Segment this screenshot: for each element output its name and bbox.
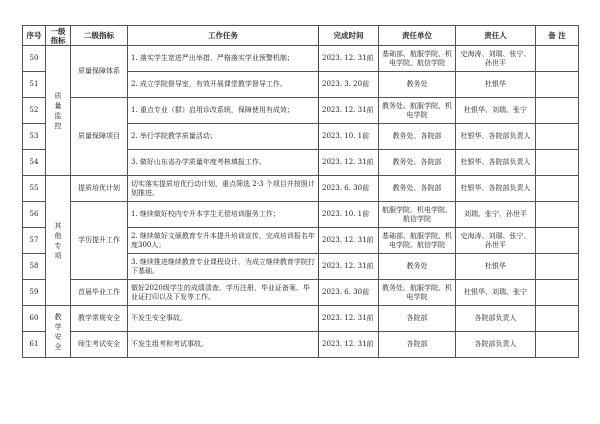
deadline-cell: 2023. 6. 30前 <box>319 280 379 306</box>
unit-cell: 教务处 <box>379 72 456 98</box>
level1-label: 教学安全 <box>54 312 62 352</box>
table-row: 52 质量保障项目 1. 重点专业（群）启用诊改系统，保障使用有成效； 2023… <box>23 98 579 124</box>
task-cell: 2. 成立学院督导室，有效开展课堂教学督导工作。 <box>128 72 319 98</box>
unit-cell: 基础部、航服学院、机电学院、航信学院 <box>379 46 456 72</box>
task-cell: 1. 继续做好校内专升本学生无偿培训服务工作； <box>128 202 319 228</box>
person-cell: 刘瑞、张宁、孙世平 <box>456 202 536 228</box>
work-plan-table: 序号 一级指标 二级指标 工作任务 完成时间 责任单位 责任人 备 注 50 质… <box>22 25 579 358</box>
person-cell: 杜银华、各院部负责人 <box>456 124 536 150</box>
level1-cell: 教学安全 <box>46 306 71 358</box>
task-cell: 3. 继续推进继续教育专业课程设计，为成立继续教育学院打下基础。 <box>128 254 319 280</box>
task-cell: 1. 落实学生宽进严出举措，严格落实学业预警机制； <box>128 46 319 72</box>
header-person: 责任人 <box>456 26 536 46</box>
unit-cell: 各院部 <box>379 332 456 358</box>
person-cell: 杜银华、各院部负责人 <box>456 176 536 202</box>
level2-cell: 提质培优计划 <box>71 176 128 202</box>
unit-cell: 教务处、各院部 <box>379 124 456 150</box>
seq-cell: 61 <box>23 332 46 358</box>
person-cell: 杜银华、各院部负责人 <box>456 150 536 176</box>
table-row: 61 师生考试安全 不发生组考和考试事故。 2023. 12. 31前 各院部 … <box>23 332 579 358</box>
person-cell: 各院部负责人 <box>456 306 536 332</box>
table-row: 59 首届毕业工作 做好2020级学生的成绩清查、学历注册、毕业证备案、毕业证打… <box>23 280 579 306</box>
unit-cell: 教务处、各院部 <box>379 176 456 202</box>
deadline-cell: 2023. 12. 31前 <box>319 228 379 254</box>
level2-cell: 质量保障体系 <box>71 46 128 98</box>
deadline-cell: 2023. 6. 30前 <box>319 176 379 202</box>
deadline-cell: 2023. 12. 31前 <box>319 332 379 358</box>
task-cell: 做好2020级学生的成绩清查、学历注册、毕业证备案、毕业证打印以及下发等工作。 <box>128 280 319 306</box>
deadline-cell: 2023. 10. 1前 <box>319 124 379 150</box>
unit-cell: 教务处、各院部 <box>379 150 456 176</box>
remark-cell <box>536 280 579 306</box>
person-cell: 杜银华 <box>456 72 536 98</box>
person-cell: 杜银华 <box>456 254 536 280</box>
table-row: 55 其他专项 提质培优计划 切实落实提质培优行动计划，重点筛选 2-3 个项目… <box>23 176 579 202</box>
header-task: 工作任务 <box>128 26 319 46</box>
table-row: 56 学历提升工作 1. 继续做好校内专升本学生无偿培训服务工作； 2023. … <box>23 202 579 228</box>
remark-cell <box>536 46 579 72</box>
deadline-cell: 2023. 12. 31前 <box>319 306 379 332</box>
task-cell: 不发生组考和考试事故。 <box>128 332 319 358</box>
seq-cell: 55 <box>23 176 46 202</box>
seq-cell: 56 <box>23 202 46 228</box>
deadline-cell: 2023. 10. 1前 <box>319 202 379 228</box>
header-remark: 备 注 <box>536 26 579 46</box>
header-level2: 二级指标 <box>71 26 128 46</box>
remark-cell <box>536 124 579 150</box>
seq-cell: 59 <box>23 280 46 306</box>
task-cell: 2. 继续做好文硕教育专升本提升培训宣传，完成培训报名年度300人； <box>128 228 319 254</box>
seq-cell: 58 <box>23 254 46 280</box>
person-cell: 杜银华、刘瑞、张宁 <box>456 280 536 306</box>
level1-cell: 质量监控 <box>46 46 71 176</box>
deadline-cell: 2023. 12. 31前 <box>319 98 379 124</box>
header-seq: 序号 <box>23 26 46 46</box>
task-cell: 不发生安全事故。 <box>128 306 319 332</box>
unit-cell: 各院部 <box>379 306 456 332</box>
unit-cell: 教务处、航服学院、机电学院 <box>379 98 456 124</box>
seq-cell: 60 <box>23 306 46 332</box>
remark-cell <box>536 176 579 202</box>
header-deadline: 完成时间 <box>319 26 379 46</box>
deadline-cell: 2023. 12. 31前 <box>319 46 379 72</box>
level2-cell: 首届毕业工作 <box>71 280 128 306</box>
person-cell: 杜银华、刘瑞、张宁 <box>456 98 536 124</box>
unit-cell: 基础部、航服学院、机电学院、航信学院 <box>379 228 456 254</box>
table-row: 60 教学安全 教学常规安全 不发生安全事故。 2023. 12. 31前 各院… <box>23 306 579 332</box>
remark-cell <box>536 306 579 332</box>
level1-cell: 其他专项 <box>46 176 71 306</box>
deadline-cell: 2023. 3. 20前 <box>319 72 379 98</box>
remark-cell <box>536 228 579 254</box>
header-unit: 责任单位 <box>379 26 456 46</box>
level2-cell: 教学常规安全 <box>71 306 128 332</box>
person-cell: 史海涛、刘瑞、张宁、孙世平 <box>456 46 536 72</box>
remark-cell <box>536 98 579 124</box>
remark-cell <box>536 202 579 228</box>
task-cell: 1. 重点专业（群）启用诊改系统，保障使用有成效； <box>128 98 319 124</box>
task-cell: 3. 做好山东省办学质量年度考核填报工作。 <box>128 150 319 176</box>
seq-cell: 57 <box>23 228 46 254</box>
task-cell: 切实落实提质培优行动计划，重点筛选 2-3 个项目并按照计划推进。 <box>128 176 319 202</box>
deadline-cell: 2023. 12. 31前 <box>319 150 379 176</box>
person-cell: 各院部负责人 <box>456 332 536 358</box>
header-row: 序号 一级指标 二级指标 工作任务 完成时间 责任单位 责任人 备 注 <box>23 26 579 46</box>
unit-cell: 教务处 <box>379 254 456 280</box>
remark-cell <box>536 72 579 98</box>
unit-cell: 航服学院、机电学院、航信学院 <box>379 202 456 228</box>
seq-cell: 51 <box>23 72 46 98</box>
level1-label: 质量监控 <box>54 91 62 131</box>
seq-cell: 52 <box>23 98 46 124</box>
level2-cell: 质量保障项目 <box>71 98 128 176</box>
header-level1: 一级指标 <box>46 26 71 46</box>
person-cell: 史海涛、刘瑞、张宁、孙世平 <box>456 228 536 254</box>
seq-cell: 50 <box>23 46 46 72</box>
level1-label: 其他专项 <box>54 221 62 261</box>
task-cell: 2. 举行学院教学质量活动； <box>128 124 319 150</box>
unit-cell: 教务处、航服学院、机电学院 <box>379 280 456 306</box>
level2-cell: 学历提升工作 <box>71 202 128 280</box>
level2-cell: 师生考试安全 <box>71 332 128 358</box>
deadline-cell: 2023. 12. 31前 <box>319 254 379 280</box>
seq-cell: 54 <box>23 150 46 176</box>
seq-cell: 53 <box>23 124 46 150</box>
remark-cell <box>536 150 579 176</box>
table-row: 50 质量监控 质量保障体系 1. 落实学生宽进严出举措，严格落实学业预警机制；… <box>23 46 579 72</box>
remark-cell <box>536 332 579 358</box>
remark-cell <box>536 254 579 280</box>
